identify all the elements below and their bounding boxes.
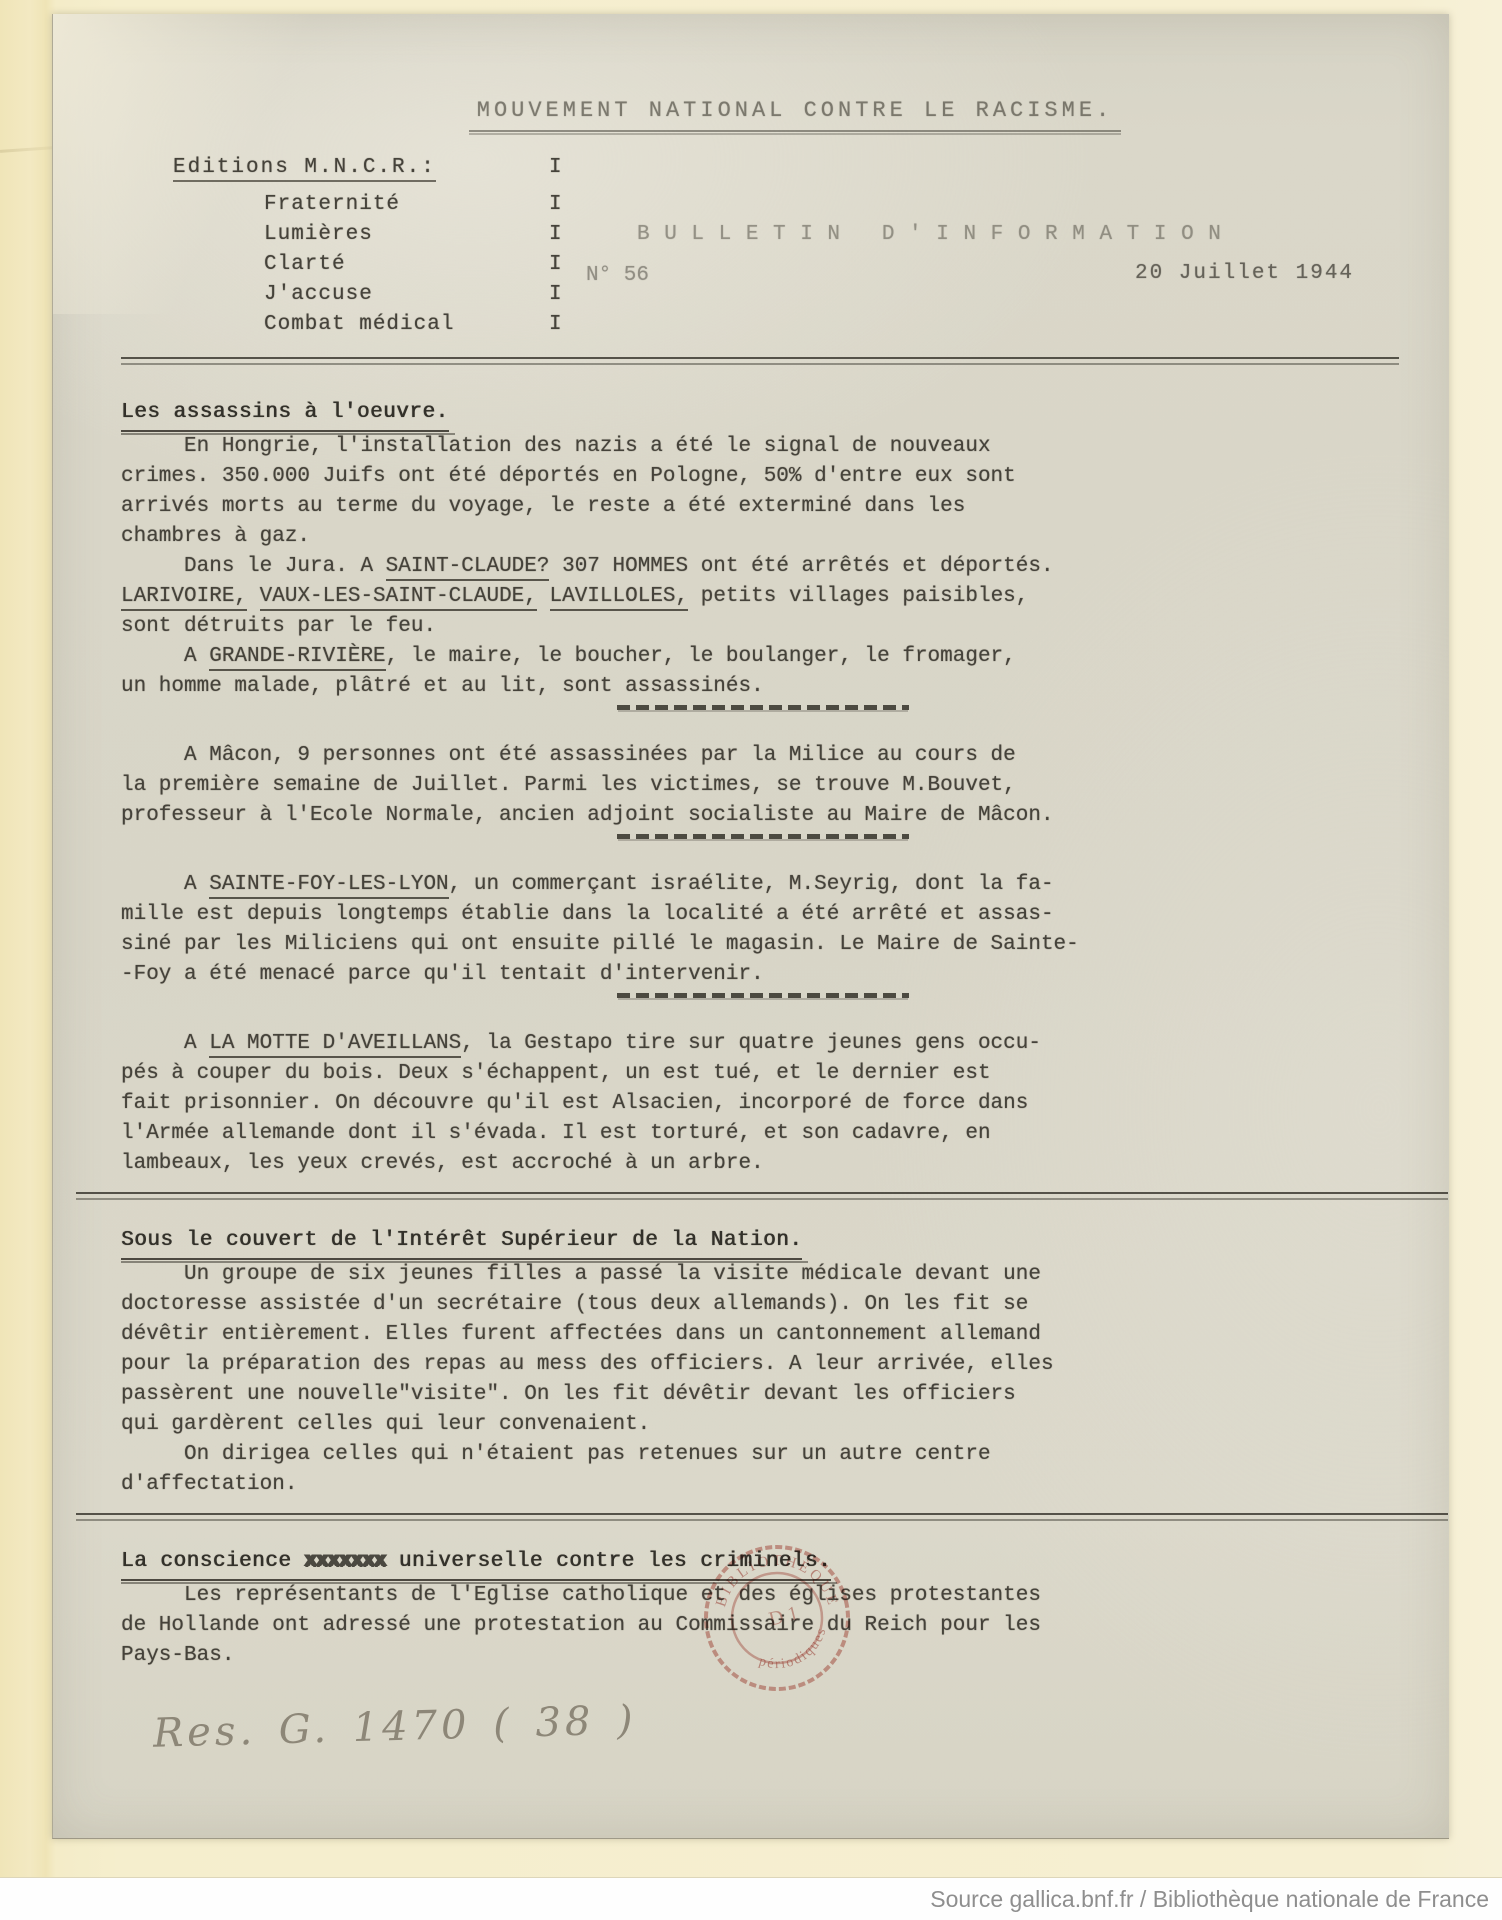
text-segment: [537, 585, 550, 608]
text-segment: , la Gestapo tire sur quatre jeunes gens…: [461, 1032, 1041, 1055]
text-segment: crimes. 350.000 Juifs ont été déportés e…: [121, 465, 1016, 488]
paper-fold-crease: [0, 146, 54, 153]
text-segment: fait prisonnier. On découvre qu'il est A…: [121, 1092, 1028, 1115]
dashed-separator: [617, 705, 909, 710]
text-segment: l'Armée allemande dont il s'évada. Il es…: [121, 1122, 991, 1145]
header-horizontal-rule: [121, 357, 1399, 365]
edition-marker: I: [549, 250, 562, 280]
masthead-title: MOUVEMENT NATIONAL CONTRE LE RACISME.: [469, 98, 1121, 132]
text-segment: dévêtir entièrement. Elles furent affect…: [121, 1323, 1041, 1346]
document-paper: MOUVEMENT NATIONAL CONTRE LE RACISME. Ed…: [52, 14, 1449, 1839]
text-segment: qui gardèrent celles qui leur convenaien…: [121, 1413, 650, 1436]
text-segment: d'affectation.: [121, 1473, 297, 1496]
handwritten-shelfmark: Res. G. 1470 ( 38 ): [152, 1697, 637, 1756]
text-line: professeur à l'Ecole Normale, ancien adj…: [121, 801, 1421, 831]
text-line: crimes. 350.000 Juifs ont été déportés e…: [121, 462, 1421, 492]
editions-block: Editions M.N.C.R.:IFraternitéILumièresIC…: [121, 153, 741, 340]
text-segment: pour la préparation des repas au mess de…: [121, 1353, 1054, 1376]
text-segment: professeur à l'Ecole Normale, ancien adj…: [121, 804, 1054, 827]
edition-marker: I: [549, 280, 562, 310]
source-footer: Source gallica.bnf.fr / Bibliothèque nat…: [0, 1877, 1502, 1920]
text-segment: A: [121, 1032, 209, 1055]
text-line: Dans le Jura. A SAINT-CLAUDE? 307 HOMMES…: [121, 552, 1421, 582]
editions-label: Editions M.N.C.R.:: [173, 156, 436, 182]
text-segment: xxxxxxx: [304, 1550, 385, 1573]
dashed-separator: [617, 993, 909, 998]
text-line: fait prisonnier. On découvre qu'il est A…: [121, 1089, 1421, 1119]
text-segment: , le maire, le boucher, le boulanger, le…: [386, 645, 1016, 668]
text-segment: siné par les Miliciens qui ont ensuite p…: [121, 933, 1079, 956]
text-segment: Sous le couvert de l'Intérêt Supérieur d…: [121, 1229, 802, 1252]
text-segment: un homme malade, plâtré et au lit, sont …: [121, 675, 764, 698]
text-line: l'Armée allemande dont il s'évada. Il es…: [121, 1119, 1421, 1149]
text-line: A Mâcon, 9 personnes ont été assassinées…: [121, 741, 1421, 771]
section-heading-text: Sous le couvert de l'Intérêt Supérieur d…: [121, 1226, 802, 1260]
text-segment: la première semaine de Juillet. Parmi le…: [121, 774, 1016, 797]
text-segment: de Hollande ont adressé une protestation…: [121, 1614, 1041, 1637]
text-segment: arrivés morts au terme du voyage, le res…: [121, 495, 965, 518]
section-heading-text: Les assassins à l'oeuvre.: [121, 398, 449, 432]
underlined-place-name: GRANDE-RIVIÈRE: [209, 645, 385, 671]
text-segment: [247, 585, 260, 608]
text-line: arrivés morts au terme du voyage, le res…: [121, 492, 1421, 522]
underlined-place-name: LARIVOIRE,: [121, 585, 247, 611]
text-segment: Pays-Bas.: [121, 1644, 234, 1667]
text-segment: Les assassins à l'oeuvre.: [121, 401, 449, 424]
text-line: A LA MOTTE D'AVEILLANS, la Gestapo tire …: [121, 1029, 1421, 1059]
source-attribution: Source gallica.bnf.fr / Bibliothèque nat…: [930, 1886, 1502, 1913]
text-segment: On dirigea celles qui n'étaient pas rete…: [121, 1443, 991, 1466]
text-segment: lambeaux, les yeux crevés, est accroché …: [121, 1152, 764, 1175]
text-line: pour la préparation des repas au mess de…: [121, 1350, 1421, 1380]
text-line: sont détruits par le feu.: [121, 612, 1421, 642]
underlined-place-name: SAINT-CLAUDE?: [386, 555, 550, 581]
text-segment: chambres à gaz.: [121, 525, 310, 548]
edition-item: Combat médical: [264, 313, 454, 336]
text-line: chambres à gaz.: [121, 522, 1421, 552]
underlined-place-name: LAVILLOLES,: [550, 585, 689, 611]
text-line: pés à couper du bois. Deux s'échappent, …: [121, 1059, 1421, 1089]
underlined-place-name: LA MOTTE D'AVEILLANS: [209, 1032, 461, 1058]
text-line: dévêtir entièrement. Elles furent affect…: [121, 1320, 1421, 1350]
edition-item: Clarté: [264, 253, 346, 276]
text-line: A SAINTE-FOY-LES-LYON, un commerçant isr…: [121, 870, 1421, 900]
text-segment: Un groupe de six jeunes filles a passé l…: [121, 1263, 1041, 1286]
text-segment: En Hongrie, l'installation des nazis a é…: [121, 435, 991, 458]
underlined-place-name: VAUX-LES-SAINT-CLAUDE,: [260, 585, 537, 611]
document-body: Les assassins à l'oeuvre. En Hongrie, l'…: [121, 398, 1421, 1671]
edition-item: Lumières: [264, 223, 373, 246]
edition-marker: I: [549, 310, 562, 340]
text-segment: , un commerçant israélite, M.Seyrig, don…: [449, 873, 1054, 896]
edition-item: J'accuse: [264, 283, 373, 306]
text-line: mille est depuis longtemps établie dans …: [121, 900, 1421, 930]
text-line: d'affectation.: [121, 1470, 1421, 1500]
text-segment: A: [121, 645, 209, 668]
text-segment: sont détruits par le feu.: [121, 615, 436, 638]
edition-marker: I: [549, 190, 562, 220]
section-horizontal-rule: [76, 1192, 1448, 1200]
text-line: qui gardèrent celles qui leur convenaien…: [121, 1410, 1421, 1440]
text-line: -Foy a été menacé parce qu'il tentait d'…: [121, 960, 1421, 990]
text-segment: -Foy a été menacé parce qu'il tentait d'…: [121, 963, 764, 986]
dashed-separator: [617, 834, 909, 839]
bulletin-title: B U L L E T I N D ' I N F O R M A T I O …: [637, 223, 1222, 246]
underlined-place-name: SAINTE-FOY-LES-LYON: [209, 873, 448, 899]
text-line: passèrent une nouvelle"visite". On les f…: [121, 1380, 1421, 1410]
edition-row: Editions M.N.C.R.:I: [121, 153, 741, 183]
text-line: doctoresse assistée d'un secrétaire (tou…: [121, 1290, 1421, 1320]
bulletin-date: 20 Juillet 1944: [1135, 262, 1354, 285]
text-line: A GRANDE-RIVIÈRE, le maire, le boucher, …: [121, 642, 1421, 672]
scan-background: MOUVEMENT NATIONAL CONTRE LE RACISME. Ed…: [0, 0, 1502, 1878]
bulletin-number: N° 56: [586, 264, 649, 287]
stamp-center-text: D 1: [767, 1602, 801, 1630]
text-segment: passèrent une nouvelle"visite". On les f…: [121, 1383, 1016, 1406]
text-segment: La conscience: [121, 1550, 304, 1573]
text-segment: A: [121, 873, 209, 896]
edition-row: Combat médicalI: [121, 310, 741, 340]
text-line: Un groupe de six jeunes filles a passé l…: [121, 1260, 1421, 1290]
text-segment: 307 HOMMES ont été arrêtés et déportés.: [549, 555, 1053, 578]
section-heading: Sous le couvert de l'Intérêt Supérieur d…: [121, 1226, 1421, 1256]
text-line: En Hongrie, l'installation des nazis a é…: [121, 432, 1421, 462]
edition-item: Fraternité: [264, 193, 400, 216]
edition-marker: I: [549, 153, 562, 183]
text-segment: doctoresse assistée d'un secrétaire (tou…: [121, 1293, 1028, 1316]
edition-marker: I: [549, 220, 562, 250]
text-line: un homme malade, plâtré et au lit, sont …: [121, 672, 1421, 702]
text-segment: A Mâcon, 9 personnes ont été assassinées…: [121, 744, 1016, 767]
text-segment: mille est depuis longtemps établie dans …: [121, 903, 1054, 926]
text-segment: pés à couper du bois. Deux s'échappent, …: [121, 1062, 991, 1085]
edition-row: FraternitéI: [121, 190, 741, 220]
text-line: la première semaine de Juillet. Parmi le…: [121, 771, 1421, 801]
text-line: lambeaux, les yeux crevés, est accroché …: [121, 1149, 1421, 1179]
text-segment: petits villages paisibles,: [688, 585, 1028, 608]
text-line: siné par les Miliciens qui ont ensuite p…: [121, 930, 1421, 960]
section-heading: Les assassins à l'oeuvre.: [121, 398, 1421, 428]
section-horizontal-rule: [76, 1513, 1448, 1521]
text-segment: Dans le Jura. A: [121, 555, 386, 578]
text-line: On dirigea celles qui n'étaient pas rete…: [121, 1440, 1421, 1470]
text-line: LARIVOIRE, VAUX-LES-SAINT-CLAUDE, LAVILL…: [121, 582, 1421, 612]
text-segment: Les représentants de l'Eglise catholique…: [121, 1584, 1041, 1607]
